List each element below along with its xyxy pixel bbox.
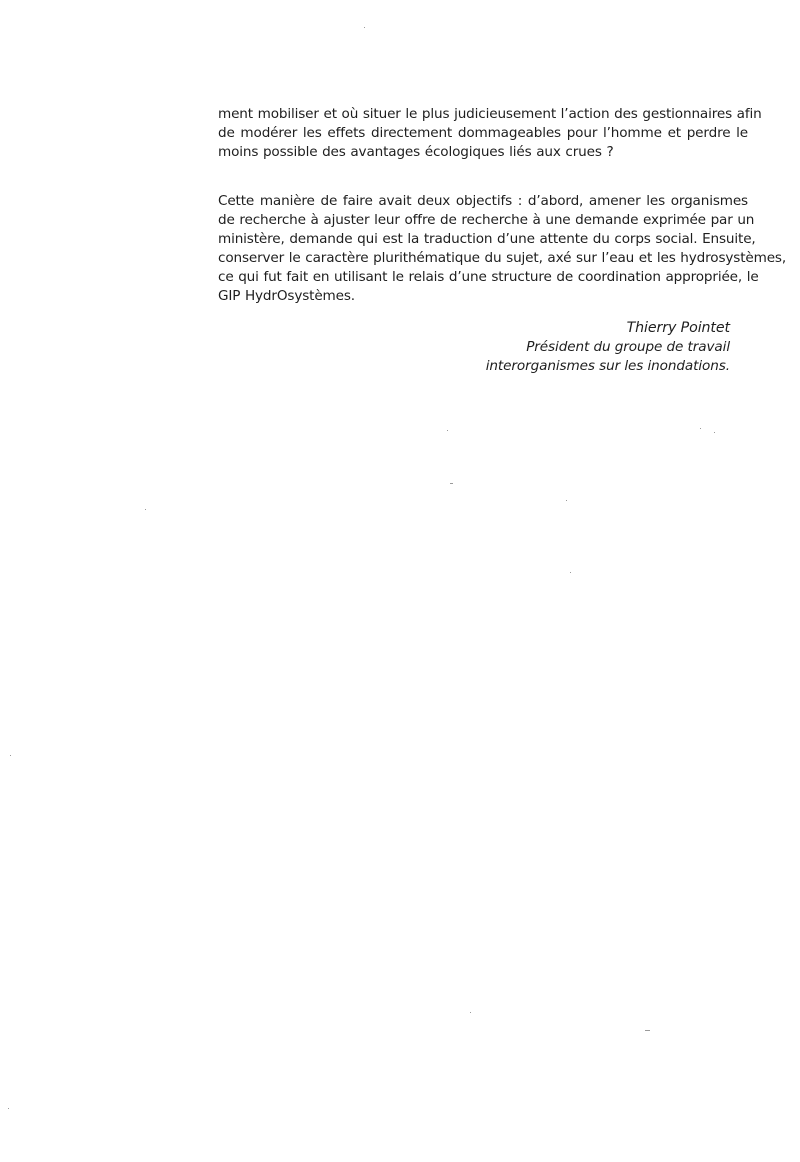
scan-speck [447, 430, 448, 431]
scan-speck [10, 755, 11, 756]
signature-name: Thierry Pointet [486, 319, 730, 338]
signature-title-line-2: interorganismes sur les inondations. [486, 357, 730, 376]
scan-speck [645, 1030, 650, 1031]
paragraph-2: Cette manière de faire avait deux object… [218, 192, 748, 306]
document-page: ment mobiliser et où situer le plus judi… [0, 0, 800, 1162]
scan-speck [364, 27, 365, 28]
signature-block: Thierry Pointet Président du groupe de t… [486, 319, 730, 376]
scan-speck [145, 509, 146, 510]
scan-speck [450, 483, 453, 484]
scan-speck [714, 432, 715, 433]
paragraph-line: GIP HydrOsystèmes. [218, 287, 748, 306]
paragraph-line: de recherche à ajuster leur offre de rec… [218, 211, 748, 230]
signature-title-line-1: Président du groupe de travail [486, 338, 730, 357]
paragraph-line: ment mobiliser et où situer le plus judi… [218, 105, 748, 124]
paragraph-1: ment mobiliser et où situer le plus judi… [218, 105, 748, 162]
scan-speck [566, 500, 567, 501]
scan-speck [8, 1108, 9, 1109]
paragraph-line: moins possible des avantages écologiques… [218, 143, 748, 162]
scan-speck [570, 572, 571, 573]
paragraph-line: Cette manière de faire avait deux object… [218, 192, 748, 211]
paragraph-line: de modérer les effets directement dommag… [218, 124, 748, 143]
paragraph-line: ce qui fut fait en utilisant le relais d… [218, 268, 748, 287]
paragraph-line: conserver le caractère plurithématique d… [218, 249, 748, 268]
scan-speck [470, 1012, 471, 1013]
scan-speck [700, 428, 701, 429]
paragraph-line: ministère, demande qui est la traduction… [218, 230, 748, 249]
